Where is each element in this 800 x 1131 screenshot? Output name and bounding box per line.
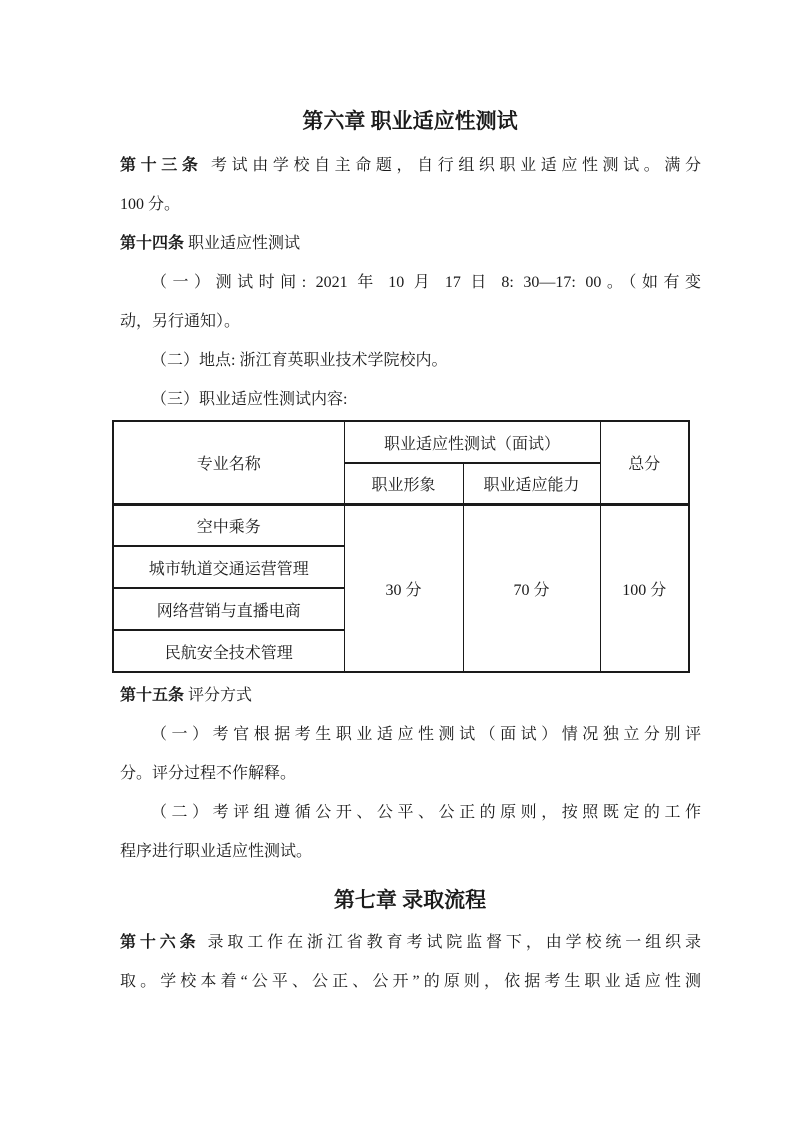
item-15-1-paragraph: （一）考官根据考生职业适应性测试（面试）情况独立分别评 分。评分过程不作解释。 xyxy=(120,715,701,793)
table-cell-image-score: 30 分 xyxy=(344,504,463,672)
article-13-text: 考试由学校自主命题，自行组织职业适应性测试。满分 xyxy=(202,157,701,174)
article-16-line-2: 取。学校本着“公平、公正、公开”的原则，依据考生职业适应性测 xyxy=(120,962,701,1001)
document-content: 第六章 职业适应性测试 第十三条 考试由学校自主命题，自行组织职业适应性测试。满… xyxy=(120,101,701,1001)
table-header-major: 专业名称 xyxy=(113,421,344,504)
item-15-2-paragraph: （二）考评组遵循公开、公平、公正的原则，按照既定的工作 程序进行职业适应性测试。 xyxy=(120,793,701,871)
article-14-label: 第十四条 xyxy=(120,235,184,252)
article-14-paragraph: 第十四条 职业适应性测试 xyxy=(120,224,701,263)
test-content-table: 专业名称 职业适应性测试（面试） 总分 职业形象 职业适应能力 空中乘务 30 … xyxy=(112,420,690,673)
item-14-1-line-1: （一）测试时间: 2021 年 10 月 17 日 8: 30—17: 00。（… xyxy=(120,263,701,302)
table-cell-major-air-crew: 空中乘务 xyxy=(113,504,344,546)
chapter-7-heading: 第七章 录取流程 xyxy=(100,880,720,920)
article-14-text: 职业适应性测试 xyxy=(184,235,300,252)
article-16-paragraph: 第十六条 录取工作在浙江省教育考试院监督下，由学校统一组织录 取。学校本着“公平… xyxy=(120,923,701,1001)
table-cell-major-network-marketing: 网络营销与直播电商 xyxy=(113,588,344,630)
item-14-3-line-1: （三）职业适应性测试内容: xyxy=(120,380,701,419)
table-header-professional-image: 职业形象 xyxy=(344,463,463,504)
article-13-line-2: 100 分。 xyxy=(120,185,701,224)
item-15-1-line-2: 分。评分过程不作解释。 xyxy=(120,754,701,793)
article-16-label: 第十六条 xyxy=(120,934,200,951)
table-cell-ability-score: 70 分 xyxy=(463,504,600,672)
article-14-line-1: 第十四条 职业适应性测试 xyxy=(120,224,701,263)
item-14-1-paragraph: （一）测试时间: 2021 年 10 月 17 日 8: 30—17: 00。（… xyxy=(120,263,701,341)
item-14-1-line-2: 动，另行通知）。 xyxy=(120,302,701,341)
table-cell-major-civil-aviation-security: 民航安全技术管理 xyxy=(113,630,344,672)
article-16-line-1: 第十六条 录取工作在浙江省教育考试院监督下，由学校统一组织录 xyxy=(120,923,701,962)
article-15-paragraph: 第十五条 评分方式 xyxy=(120,676,701,715)
article-16-text: 录取工作在浙江省教育考试院监督下，由学校统一组织录 xyxy=(200,934,701,951)
table-cell-major-urban-rail: 城市轨道交通运营管理 xyxy=(113,546,344,588)
table-header-total: 总分 xyxy=(600,421,689,504)
article-13-line-1: 第十三条 考试由学校自主命题，自行组织职业适应性测试。满分 xyxy=(120,146,701,185)
item-15-1-line-1: （一）考官根据考生职业适应性测试（面试）情况独立分别评 xyxy=(120,715,701,754)
item-15-2-line-2: 程序进行职业适应性测试。 xyxy=(120,832,701,871)
item-15-2-line-1: （二）考评组遵循公开、公平、公正的原则，按照既定的工作 xyxy=(120,793,701,832)
article-15-text: 评分方式 xyxy=(184,687,252,704)
article-13-label: 第十三条 xyxy=(120,157,202,174)
item-14-3-paragraph: （三）职业适应性测试内容: xyxy=(120,380,701,419)
article-15-label: 第十五条 xyxy=(120,687,184,704)
table-cell-total-score: 100 分 xyxy=(600,504,689,672)
item-14-2-paragraph: （二）地点: 浙江育英职业技术学院校内。 xyxy=(120,341,701,380)
table-header-adaptability: 职业适应能力 xyxy=(463,463,600,504)
article-13-paragraph: 第十三条 考试由学校自主命题，自行组织职业适应性测试。满分 100 分。 xyxy=(120,146,701,224)
document-page: 第六章 职业适应性测试 第十三条 考试由学校自主命题，自行组织职业适应性测试。满… xyxy=(0,0,800,1131)
chapter-6-heading: 第六章 职业适应性测试 xyxy=(100,101,720,141)
article-15-line-1: 第十五条 评分方式 xyxy=(120,676,701,715)
item-14-2-line-1: （二）地点: 浙江育英职业技术学院校内。 xyxy=(120,341,701,380)
table-header-interview-test: 职业适应性测试（面试） xyxy=(344,421,600,463)
